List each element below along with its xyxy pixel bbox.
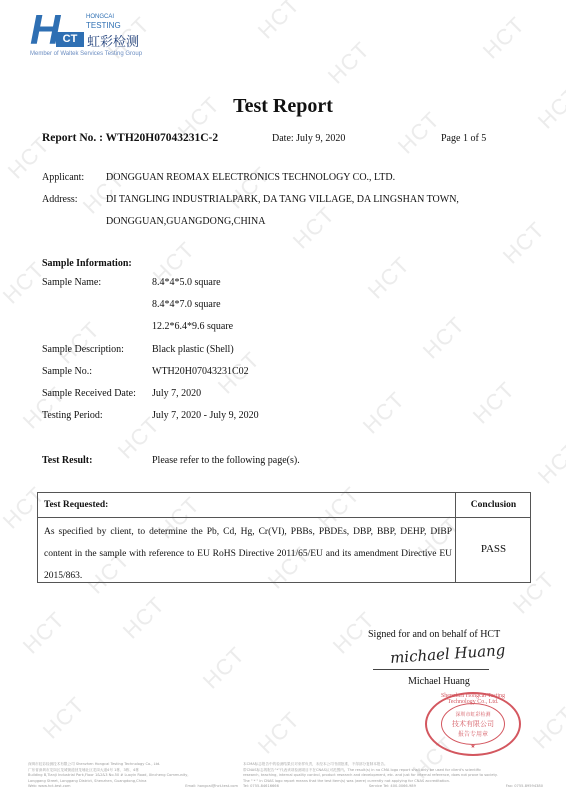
watermark: HCT bbox=[418, 312, 470, 364]
watermark: HCT bbox=[53, 317, 105, 369]
logo-member-line: Member of Waltek Services Testing Group bbox=[30, 51, 142, 57]
sample-name-label: Sample Name: bbox=[42, 277, 101, 288]
stamp-line-2: 技术有限公司 bbox=[427, 719, 519, 729]
footer-company-info: 深圳市虹彩检测技术有限公司 Shenzhen Hongcai Testing T… bbox=[28, 762, 238, 790]
footer-web: Web: www.hct-test.com bbox=[28, 784, 71, 790]
signed-for-text: Signed for and on behalf of HCT bbox=[368, 629, 500, 640]
test-result-value: Please refer to the following page(s). bbox=[152, 455, 300, 466]
watermark: HCT bbox=[198, 642, 250, 694]
watermark: HCT bbox=[533, 437, 566, 489]
testing-period-label: Testing Period: bbox=[42, 410, 103, 421]
stamp-ring-text: Shenzhen Hongcai Testing Technology Co.,… bbox=[427, 693, 519, 705]
watermark: HCT bbox=[528, 702, 566, 754]
watermark: HCT bbox=[498, 217, 550, 269]
company-seal-stamp: Shenzhen Hongcai Testing Technology Co.,… bbox=[425, 692, 521, 756]
logo-brand-sub: TESTING bbox=[86, 21, 121, 30]
handwritten-signature: michael Huang bbox=[390, 641, 506, 667]
footer-contact-row: Web: www.hct-test.com Email: hongcai@hct… bbox=[28, 784, 238, 790]
table-header-conclusion: Conclusion bbox=[456, 500, 531, 510]
applicant-value: DONGGUAN REOMAX ELECTRONICS TECHNOLOGY C… bbox=[106, 172, 395, 183]
sample-name-value: 12.2*6.4*9.6 square bbox=[152, 321, 233, 332]
test-requested-description: As specified by client, to determine the… bbox=[44, 521, 452, 587]
sample-no-value: WTH20H07043231C02 bbox=[152, 366, 249, 377]
watermark: HCT bbox=[478, 12, 530, 64]
watermark: HCT bbox=[288, 202, 340, 254]
conclusion-pass: PASS bbox=[456, 543, 531, 555]
watermark: HCT bbox=[468, 377, 520, 429]
logo-brand-cn: 虹彩检测 bbox=[87, 31, 139, 50]
footer-disclaimer: 本CMA标志报告中的检测结果仅对来样负责，未经本公司书面批准，不得部分复制本报告… bbox=[243, 762, 543, 790]
watermark: HCT bbox=[253, 707, 305, 759]
report-number: Report No. : WTH20H07043231C-2 bbox=[42, 132, 218, 144]
sample-no-label: Sample No.: bbox=[42, 366, 92, 377]
signature-line bbox=[373, 669, 489, 670]
test-requested-table: Test Requested: Conclusion As specified … bbox=[37, 492, 531, 583]
star-icon: ★ bbox=[427, 743, 519, 750]
footer-tel: Tel: 0755-84616666 bbox=[243, 784, 279, 790]
watermark: HCT bbox=[323, 37, 375, 89]
watermark: HCT bbox=[18, 607, 70, 659]
address-line-1: DI TANGLING INDUSTRIALPARK, DA TANG VILL… bbox=[106, 194, 459, 205]
stamp-line-1: 深圳市虹彩检测 bbox=[427, 711, 519, 718]
sample-received-date-value: July 7, 2020 bbox=[152, 388, 201, 399]
sample-name-value: 8.4*4*7.0 square bbox=[152, 299, 221, 310]
address-label: Address: bbox=[42, 194, 78, 205]
footer-fax: Fax: 0755-89594380 bbox=[506, 784, 543, 790]
sample-description-label: Sample Description: bbox=[42, 344, 124, 355]
stamp-line-3: 报告专用章 bbox=[427, 729, 519, 738]
watermark: HCT bbox=[363, 252, 415, 304]
footer-service-tel: Service Tel: 400-0066-989 bbox=[369, 784, 416, 790]
page-title: Test Report bbox=[0, 95, 566, 118]
report-number-label: Report No. : bbox=[42, 132, 103, 144]
logo-mark-ct: CT bbox=[56, 32, 84, 47]
sample-info-heading: Sample Information: bbox=[42, 258, 132, 269]
logo-mark-h: H bbox=[30, 10, 58, 50]
address-line-2: DONGGUAN,GUANGDONG,CHINA bbox=[106, 216, 265, 227]
footer-phone-row: Tel: 0755-84616666 Service Tel: 400-0066… bbox=[243, 784, 543, 790]
watermark: HCT bbox=[38, 692, 90, 744]
test-result-label: Test Result: bbox=[42, 455, 92, 466]
page-indicator: Page 1 of 5 bbox=[441, 133, 486, 144]
applicant-label: Applicant: bbox=[42, 172, 84, 183]
hct-logo: H CT HONGCAI TESTING 虹彩检测 Member of Walt… bbox=[30, 10, 180, 58]
testing-period-value: July 7, 2020 - July 9, 2020 bbox=[152, 410, 259, 421]
sample-description-value: Black plastic (Shell) bbox=[152, 344, 234, 355]
report-date: Date: July 9, 2020 bbox=[272, 133, 345, 144]
watermark-layer: HCT HCT HCT HCT HCT HCT HCT HCT HCT HCT … bbox=[0, 0, 566, 800]
logo-brand-top: HONGCAI bbox=[86, 14, 114, 20]
sample-name-value: 8.4*4*5.0 square bbox=[152, 277, 221, 288]
watermark: HCT bbox=[253, 0, 305, 44]
footer-email: Email: hongcai@hct-test.com bbox=[185, 784, 238, 790]
watermark: HCT bbox=[358, 387, 410, 439]
watermark: HCT bbox=[118, 592, 170, 644]
signatory-name: Michael Huang bbox=[408, 676, 470, 687]
report-number-value: WTH20H07043231C-2 bbox=[106, 132, 218, 144]
watermark: HCT bbox=[223, 162, 275, 214]
sample-received-date-label: Sample Received Date: bbox=[42, 388, 136, 399]
table-header-test-requested: Test Requested: bbox=[44, 500, 108, 510]
